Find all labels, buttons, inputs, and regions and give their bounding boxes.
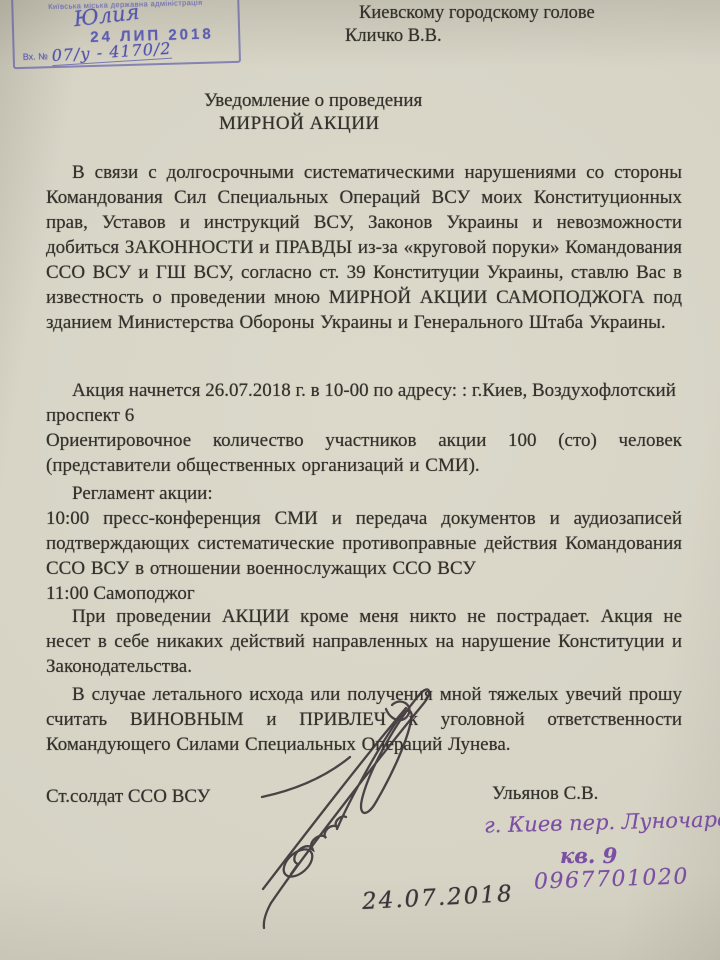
paragraph-responsibility: В случае летального исхода или получения… [46,682,682,757]
paragraph-action-date-line1: Акция начнется 26.07.2018 г. в 10-00 по … [46,378,676,403]
handwritten-address: г. Киев пер. Луночарско [484,806,720,837]
stamp-entry-row: Вх. №07/у - 4170/2 [22,41,171,65]
schedule-item-1: 10:00 пресс-конференция СМИ и передача д… [46,506,682,581]
document-title-line1: Уведомление о проведения [204,90,422,112]
stamp-entry-number: 07/у - 4170/2 [51,39,172,66]
document-title-line2: МИРНОЙ АКЦИИ [219,113,380,135]
signature-entry-curve [262,757,350,797]
signature-bottom-loop [279,844,318,882]
paragraph-action-date-line2: проспект 6 [46,403,134,428]
addressee-title: Киевскому городскому голове [345,2,595,25]
signer-rank: Ст.солдат ССО ВСУ [46,786,210,808]
handwritten-apartment: кв. 9 [560,843,617,868]
stamp-entry-label: Вх. № [23,51,48,62]
addressee-name: Кличко В.В. [345,25,595,48]
signature-tail [264,903,271,928]
paragraph-safety: При проведении АКЦИИ кроме меня никто не… [46,604,682,679]
schedule-item-2: 11:00 Самоподжог [46,581,195,606]
handwritten-phone: 0967701020 [534,864,690,894]
addressee-block: Киевскому городскому голове Кличко В.В. [345,2,595,48]
handwritten-date: 24.07.2018 [361,881,514,915]
paragraph-participants: Ориентировочное количество участников ак… [46,428,682,478]
schedule-heading: Регламент акции: [46,481,213,506]
paragraph-intro: В связи с долгосрочными систематическими… [46,160,682,335]
signer-name: Ульянов С.В. [492,783,598,805]
signature-loop-chain [291,816,346,874]
registration-stamp: Київська міська державна адміністрація Ю… [11,0,241,69]
scanned-document-page: Київська міська державна адміністрація Ю… [0,0,720,960]
